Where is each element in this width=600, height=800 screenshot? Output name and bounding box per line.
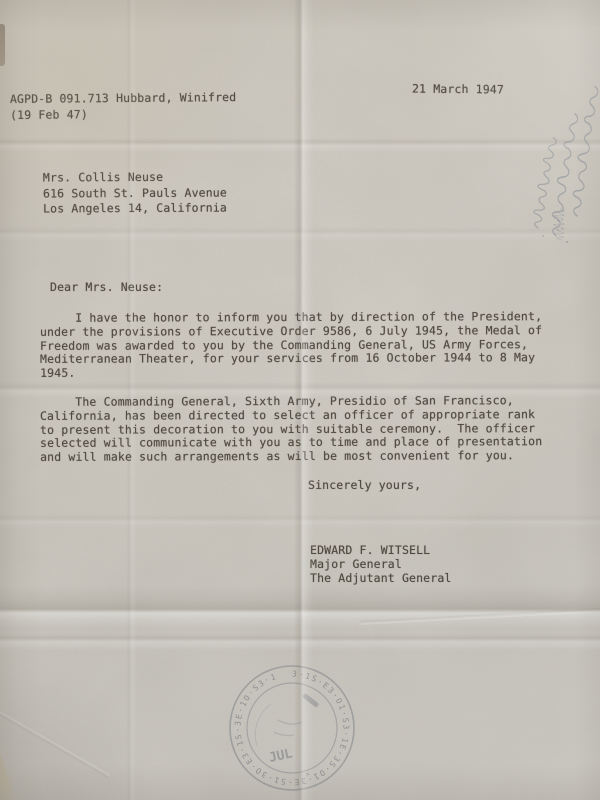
reference-number: AGPD-B 091.713 Hubbard, Winifred (19 Feb…	[10, 89, 237, 123]
stamp-smudge-lines	[274, 720, 302, 736]
ink-stamp: 3·1S·E3·O1·S3·1E·3S·O1·3E·S1·3O·E3·1S·3E…	[212, 648, 372, 800]
closing: Sincerely yours,	[308, 479, 421, 493]
pencil-annotation	[515, 40, 600, 250]
letter-date: 21 March 1947	[412, 83, 504, 98]
salutation: Dear Mrs. Neuse:	[50, 281, 163, 295]
recipient-address: Mrs. Collis Neuse 616 South St. Pauls Av…	[43, 170, 227, 218]
letter-photo: AGPD-B 091.713 Hubbard, Winifred (19 Feb…	[0, 0, 600, 800]
signature-block: EDWARD F. WITSELL Major General The Adju…	[310, 543, 451, 585]
diagonal-crease-bottom-right	[360, 607, 600, 625]
photo-edge-mark	[0, 24, 5, 66]
diagonal-crease-bottom-left	[0, 710, 110, 778]
stamp-smudge	[302, 693, 319, 708]
body-paragraph-1: I have the honor to inform you that by d…	[40, 310, 542, 381]
paper-corner-fold	[0, 754, 16, 800]
stamp-month-text: JUL	[268, 746, 294, 766]
stamp-ring-text: 3·1S·E3·O1·S3·1E·3S·O1·3E·S1·3O·E3·1S·3E…	[233, 669, 350, 786]
body-paragraph-2: The Commanding General, Sixth Army, Pres…	[40, 394, 542, 465]
